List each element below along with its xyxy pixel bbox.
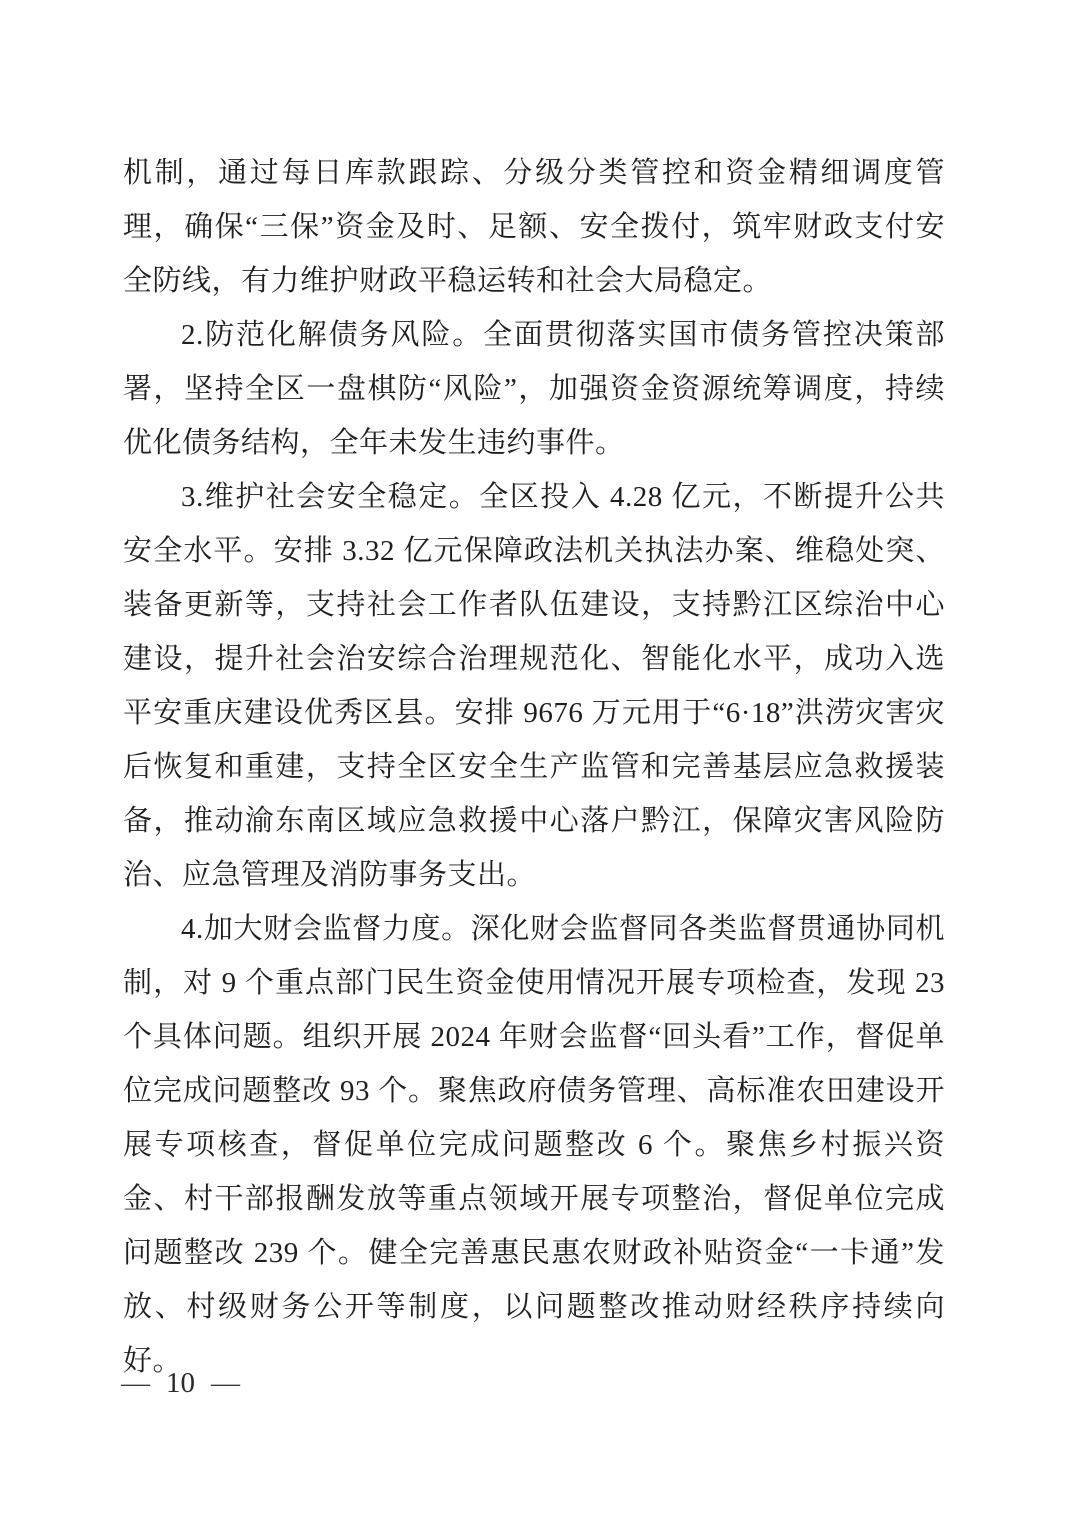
- page-footer: — 10 —: [121, 1366, 240, 1400]
- paragraph-item-4: 4.加大财会监督力度。深化财会监督同各类监督贯通协同机制，对 9 个重点部门民生…: [123, 902, 945, 1388]
- paragraph-continuation: 机制，通过每日库款跟踪、分级分类管控和资金精细调度管理，确保“三保”资金及时、足…: [123, 146, 945, 308]
- document-body: 机制，通过每日库款跟踪、分级分类管控和资金精细调度管理，确保“三保”资金及时、足…: [123, 146, 945, 1388]
- footer-left-dash: —: [121, 1366, 150, 1400]
- paragraph-item-2: 2.防范化解债务风险。全面贯彻落实国市债务管控决策部署，坚持全区一盘棋防“风险”…: [123, 308, 945, 470]
- paragraph-lead: 4.加大财会监督力度。: [181, 913, 471, 945]
- paragraph-lead: 2.防范化解债务风险。: [181, 319, 483, 351]
- paragraph-text: 深化财会监督同各类监督贯通协同机制，对 9 个重点部门民生资金使用情况开展专项检…: [123, 913, 945, 1377]
- paragraph-text: 机制，通过每日库款跟踪、分级分类管控和资金精细调度管理，确保“三保”资金及时、足…: [123, 157, 945, 297]
- paragraph-item-3: 3.维护社会安全稳定。全区投入 4.28 亿元，不断提升公共安全水平。安排 3.…: [123, 470, 945, 902]
- paragraph-lead: 3.维护社会安全稳定。: [181, 481, 479, 513]
- footer-right-dash: —: [211, 1366, 240, 1400]
- document-page: 机制，通过每日库款跟踪、分级分类管控和资金精细调度管理，确保“三保”资金及时、足…: [0, 0, 1074, 1520]
- paragraph-text: 全区投入 4.28 亿元，不断提升公共安全水平。安排 3.32 亿元保障政法机关…: [123, 481, 945, 891]
- page-number: 10: [166, 1366, 195, 1400]
